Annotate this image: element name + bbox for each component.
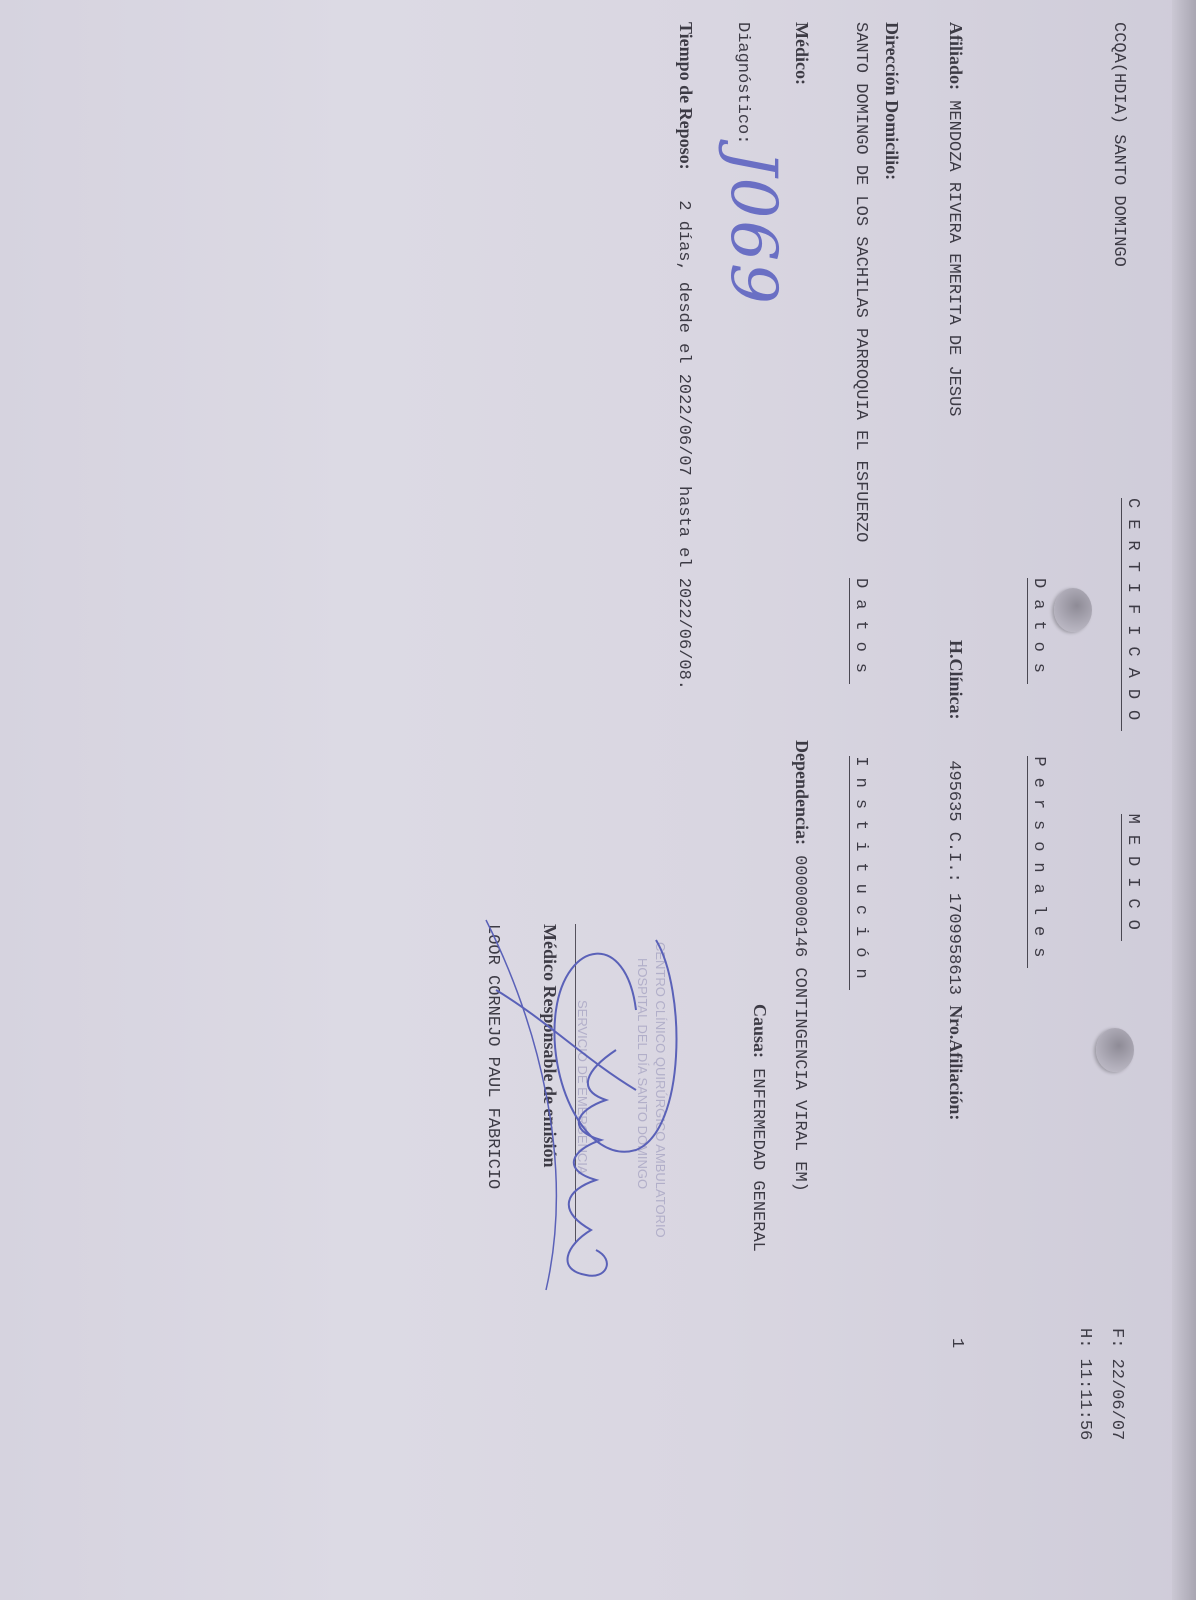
afiliado-label: Afiliado: — [946, 22, 966, 90]
reposo-value: 2 días, desde el 2022/06/07 hasta el 202… — [674, 200, 693, 690]
diagnostico-handwritten-code: J069 — [716, 150, 790, 306]
historia-label: H.Clínica: — [946, 640, 966, 720]
time-label: H: — [1075, 1328, 1094, 1348]
punch-hole-top — [1054, 588, 1092, 632]
causa-value: ENFERMEDAD GENERAL — [748, 1068, 767, 1252]
certificate-document: CCQA(HDIA) SANTO DOMINGO F: 22/06/07 H: … — [0, 0, 1196, 1600]
reposo-row: Tiempo de Reposo: 2 días, desde el 2022/… — [674, 22, 696, 690]
direccion-value: SANTO DOMINGO DE LOS SACHILAS PARROQUIA … — [851, 22, 870, 542]
afiliado-row: Afiliado: MENDOZA RIVERA EMERITA DE JESU… — [944, 22, 966, 416]
personal-section-heading: Datos Personales — [1029, 578, 1048, 968]
dependencia-row: Dependencia: 0000000146 CONTINGENCIA VIR… — [790, 740, 812, 1192]
dependencia-label: Dependencia: — [792, 740, 812, 845]
medico-label: Médico: — [791, 22, 812, 85]
signature-scribble-icon — [456, 900, 696, 1320]
reposo-label: Tiempo de Reposo: — [676, 22, 696, 170]
ci-value: 1709958613 — [944, 893, 963, 995]
institution-name: CCQA(HDIA) SANTO DOMINGO — [1109, 22, 1128, 267]
historia-row: H.Clínica: 495635 C.I.: 1709958613 Nro.A… — [944, 640, 966, 1120]
nro-afiliacion-value: 1 — [947, 1338, 966, 1348]
causa-row: Causa: ENFERMEDAD GENERAL — [748, 1004, 770, 1252]
dependencia-value: 0000000146 CONTINGENCIA VIRAL EM) — [790, 855, 809, 1192]
date-value: 22/06/07 — [1107, 1359, 1126, 1441]
document-title: CERTIFICADO MEDICO — [1123, 498, 1142, 941]
title-word-1: CERTIFICADO — [1121, 498, 1142, 731]
punch-hole-bottom — [1096, 1028, 1134, 1072]
afiliado-value: MENDOZA RIVERA EMERITA DE JESUS — [944, 100, 963, 416]
diagnostico-label: Diagnóstico: — [733, 22, 752, 144]
date-label: F: — [1107, 1328, 1126, 1348]
time-field: H: 11:11:56 — [1075, 1328, 1094, 1440]
time-value: 11:11:56 — [1075, 1359, 1094, 1441]
causa-label: Causa: — [750, 1004, 770, 1058]
nro-afiliacion-label: Nro.Afiliación: — [946, 1005, 966, 1120]
institution-section-heading: Datos Institución — [851, 578, 870, 990]
title-word-2: MEDICO — [1121, 814, 1142, 941]
historia-value: 495635 — [944, 760, 963, 821]
ci-label: C.I.: — [944, 832, 963, 883]
date-field: F: 22/06/07 — [1107, 1328, 1126, 1440]
direccion-label: Dirección Domicilio: — [881, 22, 902, 180]
